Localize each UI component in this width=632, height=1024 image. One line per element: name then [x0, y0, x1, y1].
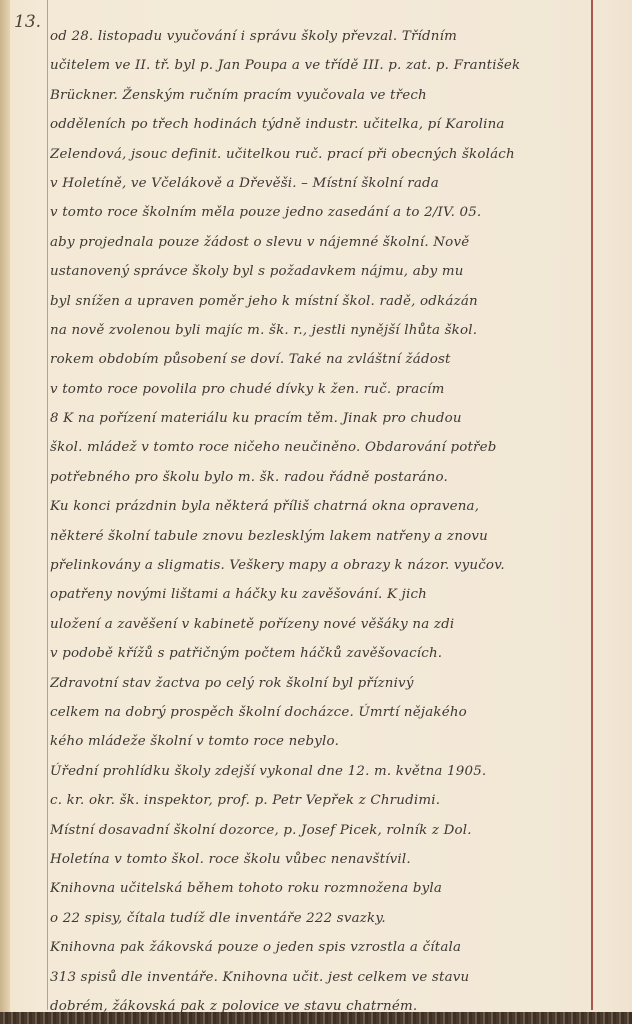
text-line: učitelem ve II. tř. byl p. Jan Poupa a v…: [50, 51, 590, 80]
right-margin-rule: [591, 0, 593, 1010]
text-line: od 28. listopadu vyučování i správu škol…: [50, 22, 590, 51]
text-line: ustanovený správce školy byl s požadavke…: [50, 257, 590, 286]
text-line: Holetína v tomto škol. roce školu vůbec …: [50, 845, 590, 874]
page-number: 13.: [14, 12, 41, 32]
text-line: v tomto roce povolila pro chudé dívky k …: [50, 375, 590, 404]
text-line: Zelendová, jsouc definit. učitelkou ruč.…: [50, 140, 590, 169]
text-line: Místní dosavadní školní dozorce, p. Jose…: [50, 816, 590, 845]
text-line: opatřeny novými lištami a háčky ku zavěš…: [50, 580, 590, 609]
text-line: v Holetíně, ve Včelákově a Dřevěši. – Mí…: [50, 169, 590, 198]
book-bottom-edge: [0, 1012, 632, 1024]
text-line: byl snížen a upraven poměr jeho k místní…: [50, 287, 590, 316]
text-line: Knihovna učitelská během tohoto roku roz…: [50, 874, 590, 903]
text-line: aby projednala pouze žádost o slevu v ná…: [50, 228, 590, 257]
text-line: Ku konci prázdnin byla některá příliš ch…: [50, 492, 590, 521]
text-line: Úřední prohlídku školy zdejší vykonal dn…: [50, 757, 590, 786]
text-line: uložení a zavěšení v kabinetě pořízeny n…: [50, 610, 590, 639]
text-line: Zdravotní stav žactva po celý rok školní…: [50, 669, 590, 698]
text-line: v tomto roce školním měla pouze jedno za…: [50, 198, 590, 227]
text-line: potřebného pro školu bylo m. šk. radou ř…: [50, 463, 590, 492]
text-line: na nově zvolenou byli majíc m. šk. r., j…: [50, 316, 590, 345]
text-line: v podobě křížů s patřičným počtem háčků …: [50, 639, 590, 668]
text-line: Brückner. Ženským ručním pracím vyučoval…: [50, 81, 590, 110]
text-line: c. kr. okr. šk. inspektor, prof. p. Petr…: [50, 786, 590, 815]
text-line: přelinkovány a sligmatis. Veškery mapy a…: [50, 551, 590, 580]
text-line: 8 K na pořízení materiálu ku pracím těm.…: [50, 404, 590, 433]
text-line: Knihovna pak žákovská pouze o jeden spis…: [50, 933, 590, 962]
text-line: 313 spisů dle inventáře. Knihovna učit. …: [50, 963, 590, 992]
handwritten-text-body: od 28. listopadu vyučování i správu škol…: [50, 22, 590, 1014]
text-line: rokem obdobím působení se doví. Také na …: [50, 345, 590, 374]
left-margin-rule: [47, 0, 48, 1010]
ledger-page: 13. od 28. listopadu vyučování i správu …: [0, 0, 632, 1014]
text-line: celkem na dobrý prospěch školní docházce…: [50, 698, 590, 727]
text-line: kého mládeže školní v tomto roce nebylo.: [50, 727, 590, 756]
text-line: škol. mládež v tomto roce ničeho neučině…: [50, 433, 590, 462]
text-line: dobrém, žákovská pak z polovice ve stavu…: [50, 992, 590, 1014]
text-line: některé školní tabule znovu bezlesklým l…: [50, 522, 590, 551]
binding-shadow: [0, 0, 10, 1014]
text-line: odděleních po třech hodinách týdně indus…: [50, 110, 590, 139]
text-line: o 22 spisy, čítala tudíž dle inventáře 2…: [50, 904, 590, 933]
